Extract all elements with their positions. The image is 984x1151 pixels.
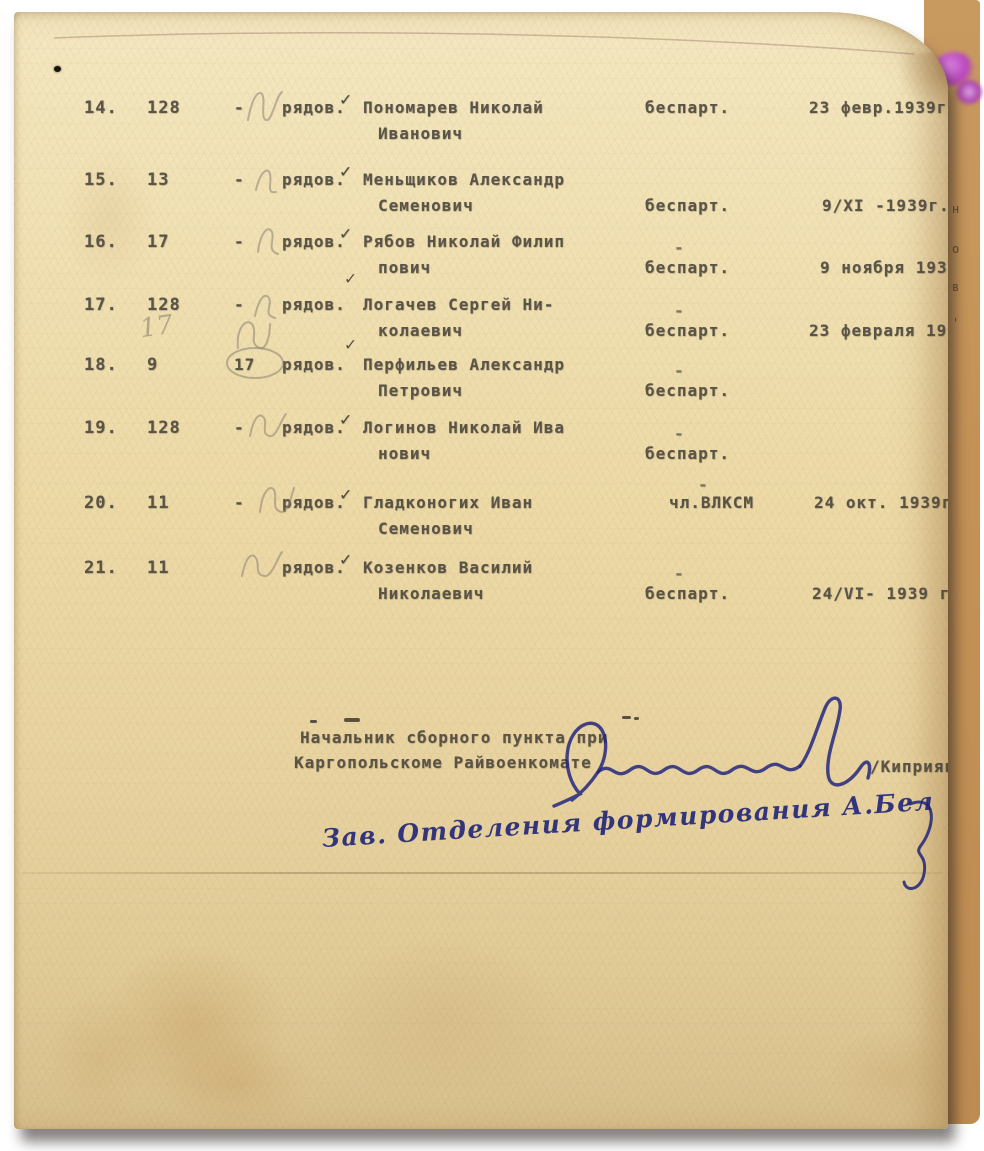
unit-number: 13: [147, 170, 169, 190]
name-line2: колаевич: [378, 321, 463, 340]
dash-mark: -: [234, 493, 245, 512]
smudge-dash: -: [674, 424, 684, 443]
check-mark: ✓: [340, 161, 351, 182]
name-line1: Логинов Николай Ива: [363, 418, 565, 437]
unit-number: 9: [147, 355, 158, 375]
typed-list: 14. 128 - рядов. ✓ Пономарев Николай Ива…: [14, 12, 948, 1129]
rank-label: рядов.: [282, 355, 346, 374]
edge-partial-letter: ': [952, 316, 959, 330]
row-number: 18.: [84, 355, 118, 375]
pencil-mark: [244, 404, 292, 444]
name-line2: Петрович: [378, 381, 463, 400]
name-line2: пович: [378, 258, 431, 277]
name-line2: Николаевич: [378, 584, 484, 603]
unit-number: 128: [147, 98, 181, 118]
name-line1: Меньщиков Александр: [363, 170, 565, 189]
rank-label: рядов.: [282, 170, 346, 189]
smudge-dash: -: [698, 475, 708, 494]
check-mark: ✓: [340, 549, 351, 570]
party-status: беспарт.: [645, 381, 730, 400]
enlistment-date: 24 окт. 1939г.: [814, 493, 948, 512]
name-line2: Семенович: [378, 196, 474, 215]
unit-number: 11: [147, 558, 169, 578]
check-mark: ✓: [340, 409, 351, 430]
name-line1: Гладконогих Иван: [363, 493, 533, 512]
check-mark: ✓: [340, 484, 351, 505]
document-page: 14. 128 - рядов. ✓ Пономарев Николай Ива…: [14, 12, 948, 1129]
row-number: 20.: [84, 493, 118, 513]
unit-number: 17: [147, 232, 169, 252]
row-number: 15.: [84, 170, 118, 190]
rank-label: рядов.: [282, 232, 346, 251]
party-status: беспарт.: [645, 444, 730, 463]
pencil-mark: [252, 220, 284, 260]
pencil-mark: [222, 344, 288, 382]
enlistment-date: 9/XI -1939г.: [822, 196, 948, 215]
enlistment-date: 9 ноября 1939г: [820, 258, 948, 277]
enlistment-date: 23 февр.1939г.: [809, 98, 948, 117]
pencil-number: 17: [138, 310, 175, 344]
party-status: беспарт.: [645, 196, 730, 215]
name-line2: Семенович: [378, 519, 474, 538]
row-number: 16.: [84, 232, 118, 252]
name-line1: Рябов Николай Филип: [363, 232, 565, 251]
enlistment-date: 24/VI- 1939 г.: [812, 584, 948, 603]
pencil-mark: [242, 84, 292, 128]
row-number: 19.: [84, 418, 118, 438]
dash-mark: -: [234, 232, 245, 251]
name-line1: Козенков Василий: [363, 558, 533, 577]
check-mark: ✓: [345, 268, 356, 289]
check-mark: ✓: [340, 89, 351, 110]
party-status: чл.ВЛКСМ: [669, 493, 754, 512]
ink-speck: [344, 718, 360, 722]
unit-number: 128: [147, 418, 181, 438]
party-status: беспарт.: [645, 98, 730, 117]
smudge-dash: -: [674, 238, 684, 257]
party-status: беспарт.: [645, 258, 730, 277]
pencil-mark: [250, 160, 286, 200]
scanned-document-photo: н о в ' 14. 128 - рядов. ✓ Пономарев Ник…: [0, 0, 984, 1151]
edge-partial-letter: в: [952, 280, 959, 294]
check-mark: ✓: [345, 334, 356, 355]
name-line1: Перфильев Александр: [363, 355, 565, 374]
ink-speck: [634, 717, 639, 720]
check-mark: ✓: [340, 223, 351, 244]
rank-label: рядов.: [282, 558, 346, 577]
row-number: 14.: [84, 98, 118, 118]
pencil-mark: [236, 544, 288, 584]
ink-speck: [622, 716, 631, 719]
party-status: беспарт.: [645, 321, 730, 340]
party-status: беспарт.: [645, 584, 730, 603]
pencil-mark: [254, 478, 300, 520]
handwritten-flourish: [896, 794, 948, 904]
ink-speck: [310, 720, 317, 723]
magenta-fabric-blob: [956, 80, 982, 104]
dash-mark: -: [234, 170, 245, 189]
name-line1: Логачев Сергей Ни-: [363, 295, 554, 314]
name-line2: нович: [378, 444, 431, 463]
row-number: 17.: [84, 295, 118, 315]
name-line2: Иванович: [378, 124, 463, 143]
smudge-dash: -: [674, 301, 684, 320]
edge-partial-letter: н: [952, 202, 959, 216]
enlistment-date: 23 февраля 1939: [809, 321, 948, 340]
unit-number: 11: [147, 493, 169, 513]
smudge-dash: -: [674, 361, 684, 380]
name-line1: Пономарев Николай: [363, 98, 544, 117]
smudge-dash: -: [674, 564, 684, 583]
row-number: 21.: [84, 558, 118, 578]
rank-label: рядов.: [282, 295, 346, 314]
edge-partial-letter: о: [952, 242, 959, 256]
